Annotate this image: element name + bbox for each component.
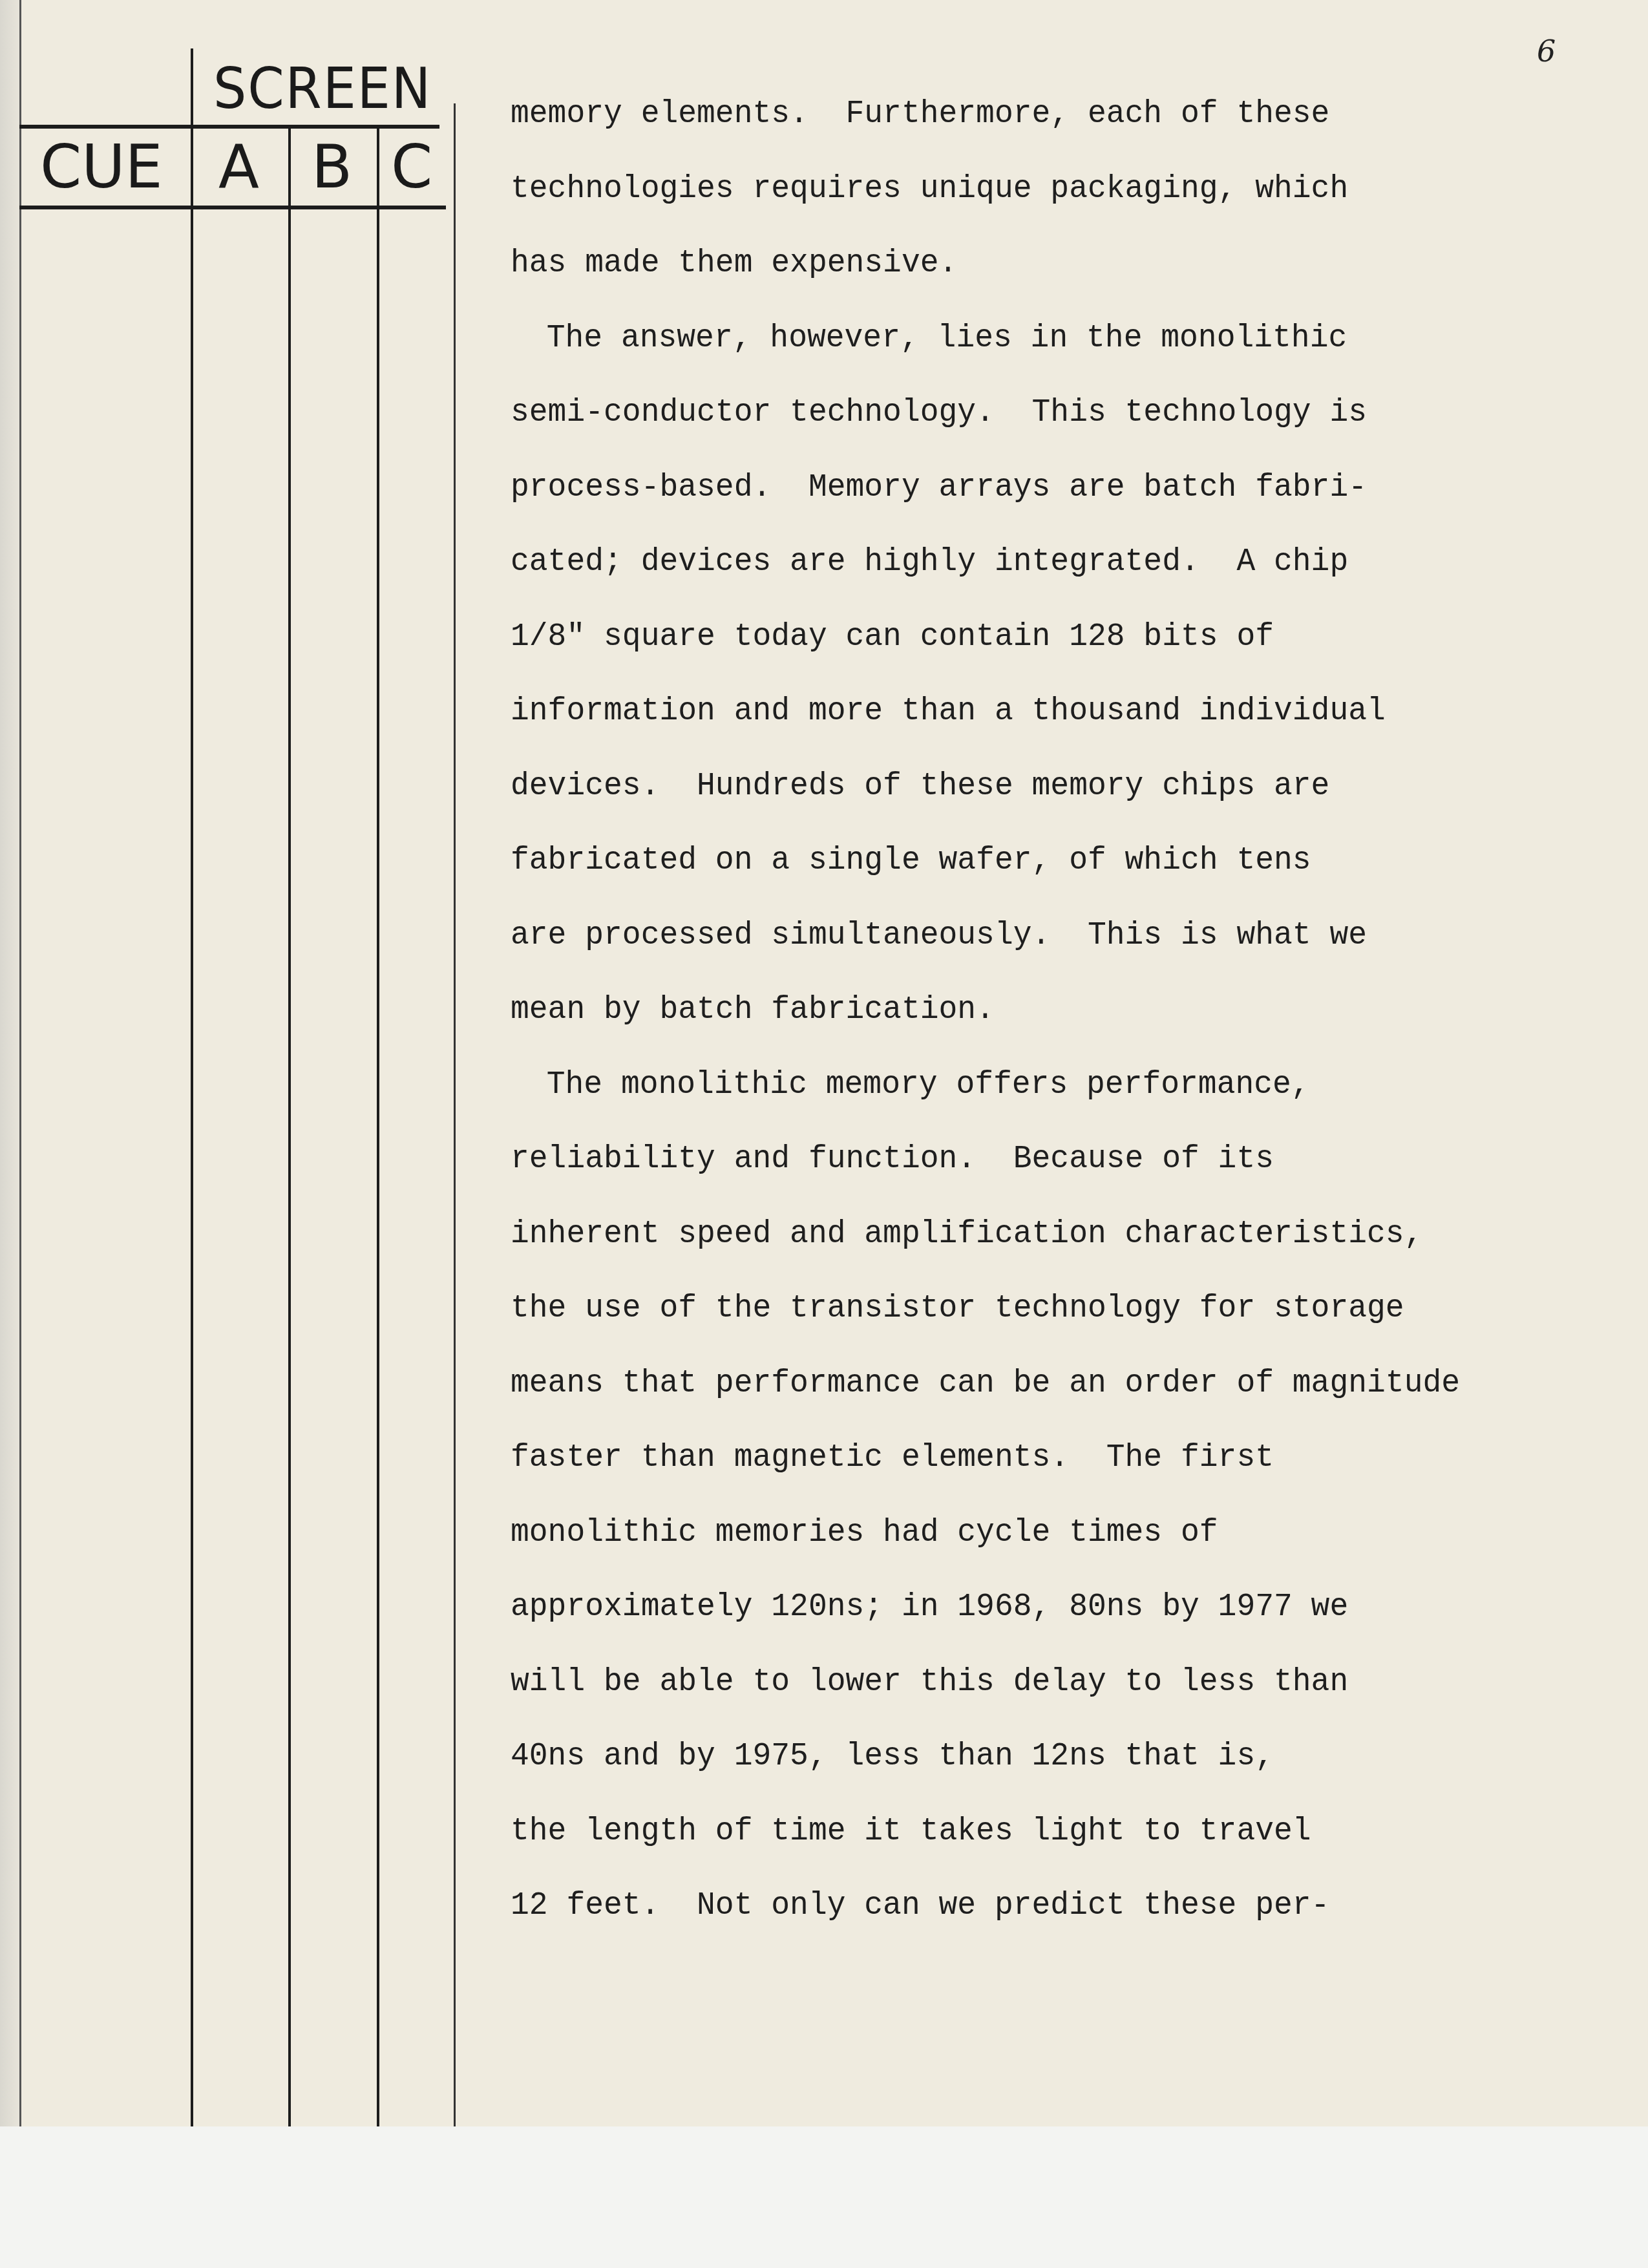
left-margin-rule [19,0,21,2126]
text-line: memory elements. Furthermore, each of th… [511,96,1578,171]
page-number: 6 [1537,34,1556,69]
text-line: will be able to lower this delay to less… [511,1664,1578,1739]
text-line: 12 feet. Not only can we predict these p… [511,1887,1578,1962]
column-c-divider [454,103,456,2126]
text-line: the use of the transistor technology for… [511,1290,1578,1365]
text-line: faster than magnetic elements. The first [511,1439,1578,1514]
text-line: reliability and function. Because of its [511,1141,1578,1216]
header-bottom-rule [19,206,446,209]
text-line: the length of time it takes light to tra… [511,1813,1578,1888]
text-line: devices. Hundreds of these memory chips … [511,768,1578,843]
text-line: means that performance can be an order o… [511,1365,1578,1440]
column-a-divider [288,126,291,2126]
text-line: inherent speed and amplification charact… [511,1216,1578,1291]
cue-column-divider [191,48,193,2126]
text-line: cated; devices are highly integrated. A … [511,544,1578,619]
document-page: SCREEN CUE A B C 6 memory elements. Furt… [0,0,1648,2126]
column-c-header: C [391,132,432,202]
text-line: are processed simultaneously. This is wh… [511,917,1578,992]
text-line: technologies requires unique packaging, … [511,171,1578,246]
text-line: 1/8" square today can contain 128 bits o… [511,619,1578,694]
text-line: semi-conductor technology. This technolo… [511,394,1578,469]
text-line: The monolithic memory offers performance… [511,1066,1578,1141]
column-b-header: B [312,132,352,202]
header-top-rule [19,125,439,129]
cue-column-header: CUE [40,132,163,202]
screen-header-label: SCREEN [213,55,432,122]
text-line: process-based. Memory arrays are batch f… [511,469,1578,544]
column-a-header: A [218,132,259,202]
text-line: fabricated on a single wafer, of which t… [511,842,1578,917]
column-b-divider [377,126,379,2126]
text-line: monolithic memories had cycle times of [511,1514,1578,1589]
typed-body-text: memory elements. Furthermore, each of th… [511,96,1622,1962]
text-line: The answer, however, lies in the monolit… [511,320,1578,395]
text-line: has made them expensive. [511,245,1578,320]
text-line: information and more than a thousand ind… [511,693,1578,768]
text-line: 40ns and by 1975, less than 12ns that is… [511,1738,1578,1813]
text-line: approximately 120ns; in 1968, 80ns by 19… [511,1589,1578,1664]
page-edge-shadow [0,0,19,2126]
text-line: mean by batch fabrication. [511,991,1578,1066]
